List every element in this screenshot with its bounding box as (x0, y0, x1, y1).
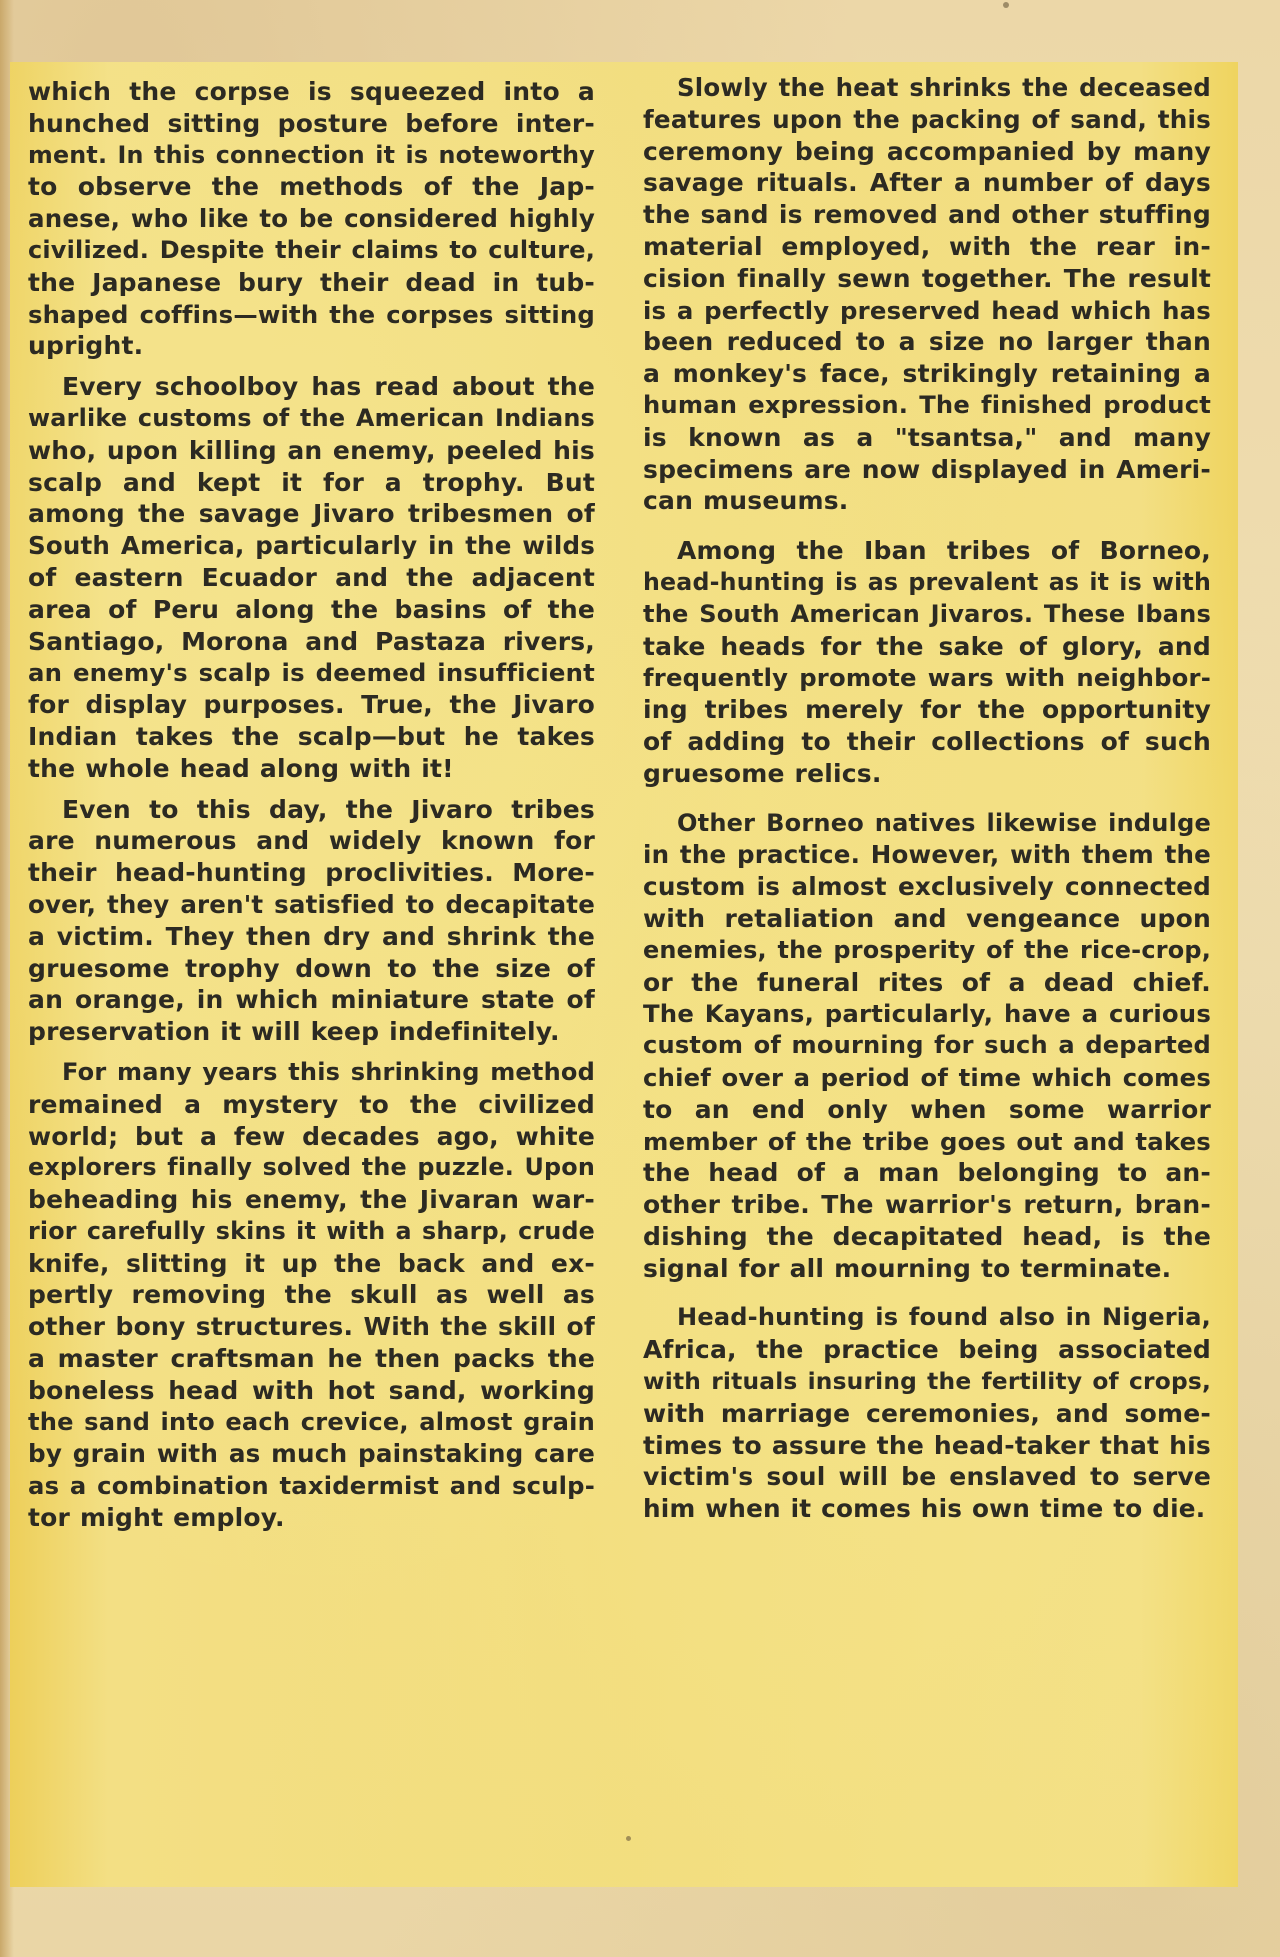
paper-speck (626, 1836, 631, 1841)
text-line: can museums. (643, 485, 1211, 517)
text-line: an orange, in which miniature state of (28, 984, 595, 1016)
paragraph: For many years this shrinking methodrema… (28, 1057, 595, 1534)
paragraph: Every schoolboy has read about thewarlik… (28, 371, 595, 784)
text-line: chief over a period of time which comes (643, 1062, 1211, 1094)
text-line: South America, particularly in the wilds (28, 530, 595, 562)
text-line: him when it comes his own time to die. (643, 1493, 1211, 1525)
text-line: custom is almost exclusively connected (643, 871, 1211, 903)
text-line: which the corpse is squeezed into a (28, 76, 595, 108)
text-line: in the practice. However, with them the (643, 839, 1211, 871)
text-line: times to assure the head-taker that his (643, 1430, 1211, 1462)
paragraph-gap (643, 517, 1211, 535)
text-line: victim's soul will be enslaved to serve (643, 1461, 1211, 1493)
text-line: knife, slitting it up the back and ex- (28, 1248, 595, 1280)
text-line: for display purposes. True, the Jivaro (28, 689, 595, 721)
paper-speck (1003, 2, 1009, 8)
text-line: For many years this shrinking method (28, 1057, 595, 1089)
text-line: enemies, the prosperity of the rice-crop… (643, 935, 1211, 967)
text-line: a master craftsman he then packs the (28, 1343, 595, 1375)
text-line: the Japanese bury their dead in tub- (28, 267, 595, 299)
text-line: an enemy's scalp is deemed insufficient (28, 657, 595, 689)
text-line: among the savage Jivaro tribesmen of (28, 498, 595, 530)
text-line: beheading his enemy, the Jivaran war- (28, 1184, 595, 1216)
text-line: been reduced to a size no larger than (643, 326, 1211, 358)
text-line: Africa, the practice being associated (643, 1334, 1211, 1366)
text-line: features upon the packing of sand, this (643, 104, 1211, 136)
text-line: Every schoolboy has read about the (28, 371, 595, 403)
left-text-column: which the corpse is squeezed into ahunch… (28, 76, 595, 1534)
paragraph: Slowly the heat shrinks the deceasedfeat… (643, 72, 1211, 517)
text-line: frequently promote wars with neighbor- (643, 662, 1211, 694)
text-line: ment. In this connection it is noteworth… (28, 140, 595, 172)
text-line: their head-hunting proclivities. More- (28, 857, 595, 889)
text-line: is a perfectly preserved head which has (643, 295, 1211, 327)
text-line: scalp and kept it for a trophy. But (28, 467, 595, 499)
text-line: with rituals insuring the fertility of c… (643, 1366, 1211, 1398)
text-line: ceremony being accompanied by many (643, 136, 1211, 168)
text-line: hunched sitting posture before inter- (28, 108, 595, 140)
text-line: the sand is removed and other stuffing (643, 199, 1211, 231)
text-line: dishing the decapitated head, is the (643, 1221, 1211, 1253)
paragraph-gap (643, 790, 1211, 808)
text-line: by grain with as much painstaking care (28, 1438, 595, 1470)
text-line: remained a mystery to the civilized (28, 1089, 595, 1121)
text-line: tor might employ. (28, 1502, 595, 1534)
text-line: explorers finally solved the puzzle. Upo… (28, 1152, 595, 1184)
text-line: other bony structures. With the skill of (28, 1311, 595, 1343)
text-line: cision finally sewn together. The result (643, 263, 1211, 295)
text-line: human expression. The finished product (643, 390, 1211, 422)
text-line: rior carefully skins it with a sharp, cr… (28, 1216, 595, 1248)
text-line: are numerous and widely known for (28, 825, 595, 857)
paragraph: Among the Iban tribes of Borneo,head-hun… (643, 535, 1211, 789)
text-line: pertly removing the skull as well as (28, 1279, 595, 1311)
text-line: Even to this day, the Jivaro tribes (28, 794, 595, 826)
text-line: Head-hunting is found also in Nigeria, (643, 1302, 1211, 1334)
text-line: specimens are now displayed in Ameri- (643, 454, 1211, 486)
paragraph: Head-hunting is found also in Nigeria,Af… (643, 1302, 1211, 1525)
text-line: civilized. Despite their claims to cultu… (28, 235, 595, 267)
text-line: with retaliation and vengeance upon (643, 903, 1211, 935)
text-line: of adding to their collections of such (643, 726, 1211, 758)
text-line: take heads for the sake of glory, and (643, 631, 1211, 663)
text-line: custom of mourning for such a departed (643, 1030, 1211, 1062)
text-line: Indian takes the scalp—but he takes (28, 721, 595, 753)
text-line: Other Borneo natives likewise indulge (643, 808, 1211, 840)
text-line: The Kayans, particularly, have a curious (643, 998, 1211, 1030)
text-line: with marriage ceremonies, and some- (643, 1398, 1211, 1430)
text-line: the head of a man belonging to an- (643, 1157, 1211, 1189)
text-line: signal for all mourning to terminate. (643, 1253, 1211, 1285)
text-line: over, they aren't satisfied to decapitat… (28, 889, 595, 921)
text-line: preservation it will keep indefinitely. (28, 1016, 595, 1048)
text-line: to observe the methods of the Jap- (28, 171, 595, 203)
text-line: head-hunting is as prevalent as it is wi… (643, 567, 1211, 599)
paragraph-gap (643, 1284, 1211, 1302)
text-line: Santiago, Morona and Pastaza rivers, (28, 626, 595, 658)
right-text-column: Slowly the heat shrinks the deceasedfeat… (643, 72, 1211, 1525)
text-line: ing tribes merely for the opportunity (643, 694, 1211, 726)
text-line: to an end only when some warrior (643, 1094, 1211, 1126)
text-line: the South American Jivaros. These Ibans (643, 599, 1211, 631)
paragraph: Even to this day, the Jivaro tribesare n… (28, 794, 595, 1048)
text-line: Slowly the heat shrinks the deceased (643, 72, 1211, 104)
text-line: or the funeral rites of a dead chief. (643, 967, 1211, 999)
text-line: is known as a "tsantsa," and many (643, 422, 1211, 454)
text-line: of eastern Ecuador and the adjacent (28, 562, 595, 594)
text-line: other tribe. The warrior's return, bran- (643, 1189, 1211, 1221)
paragraph: which the corpse is squeezed into ahunch… (28, 76, 595, 362)
text-line: anese, who like to be considered highly (28, 203, 595, 235)
text-line: the sand into each crevice, almost grain (28, 1407, 595, 1439)
paragraph: Other Borneo natives likewise indulgein … (643, 808, 1211, 1285)
text-line: a victim. They then dry and shrink the (28, 921, 595, 953)
paragraph-gap (28, 785, 595, 794)
text-line: as a combination taxidermist and sculp- (28, 1470, 595, 1502)
text-line: shaped coffins—with the corpses sitting (28, 299, 595, 331)
text-line: who, upon killing an enemy, peeled his (28, 435, 595, 467)
text-line: gruesome relics. (643, 758, 1211, 790)
text-line: warlike customs of the American Indians (28, 403, 595, 435)
paragraph-gap (28, 1048, 595, 1057)
text-line: savage rituals. After a number of days (643, 167, 1211, 199)
text-line: upright. (28, 330, 595, 362)
text-line: material employed, with the rear in- (643, 231, 1211, 263)
text-line: gruesome trophy down to the size of (28, 953, 595, 985)
text-line: Among the Iban tribes of Borneo, (643, 535, 1211, 567)
text-line: world; but a few decades ago, white (28, 1121, 595, 1153)
text-line: area of Peru along the basins of the (28, 594, 595, 626)
text-line: a monkey's face, strikingly retaining a (643, 358, 1211, 390)
text-line: member of the tribe goes out and takes (643, 1126, 1211, 1158)
text-line: the whole head along with it! (28, 753, 595, 785)
paragraph-gap (28, 362, 595, 371)
text-line: boneless head with hot sand, working (28, 1375, 595, 1407)
